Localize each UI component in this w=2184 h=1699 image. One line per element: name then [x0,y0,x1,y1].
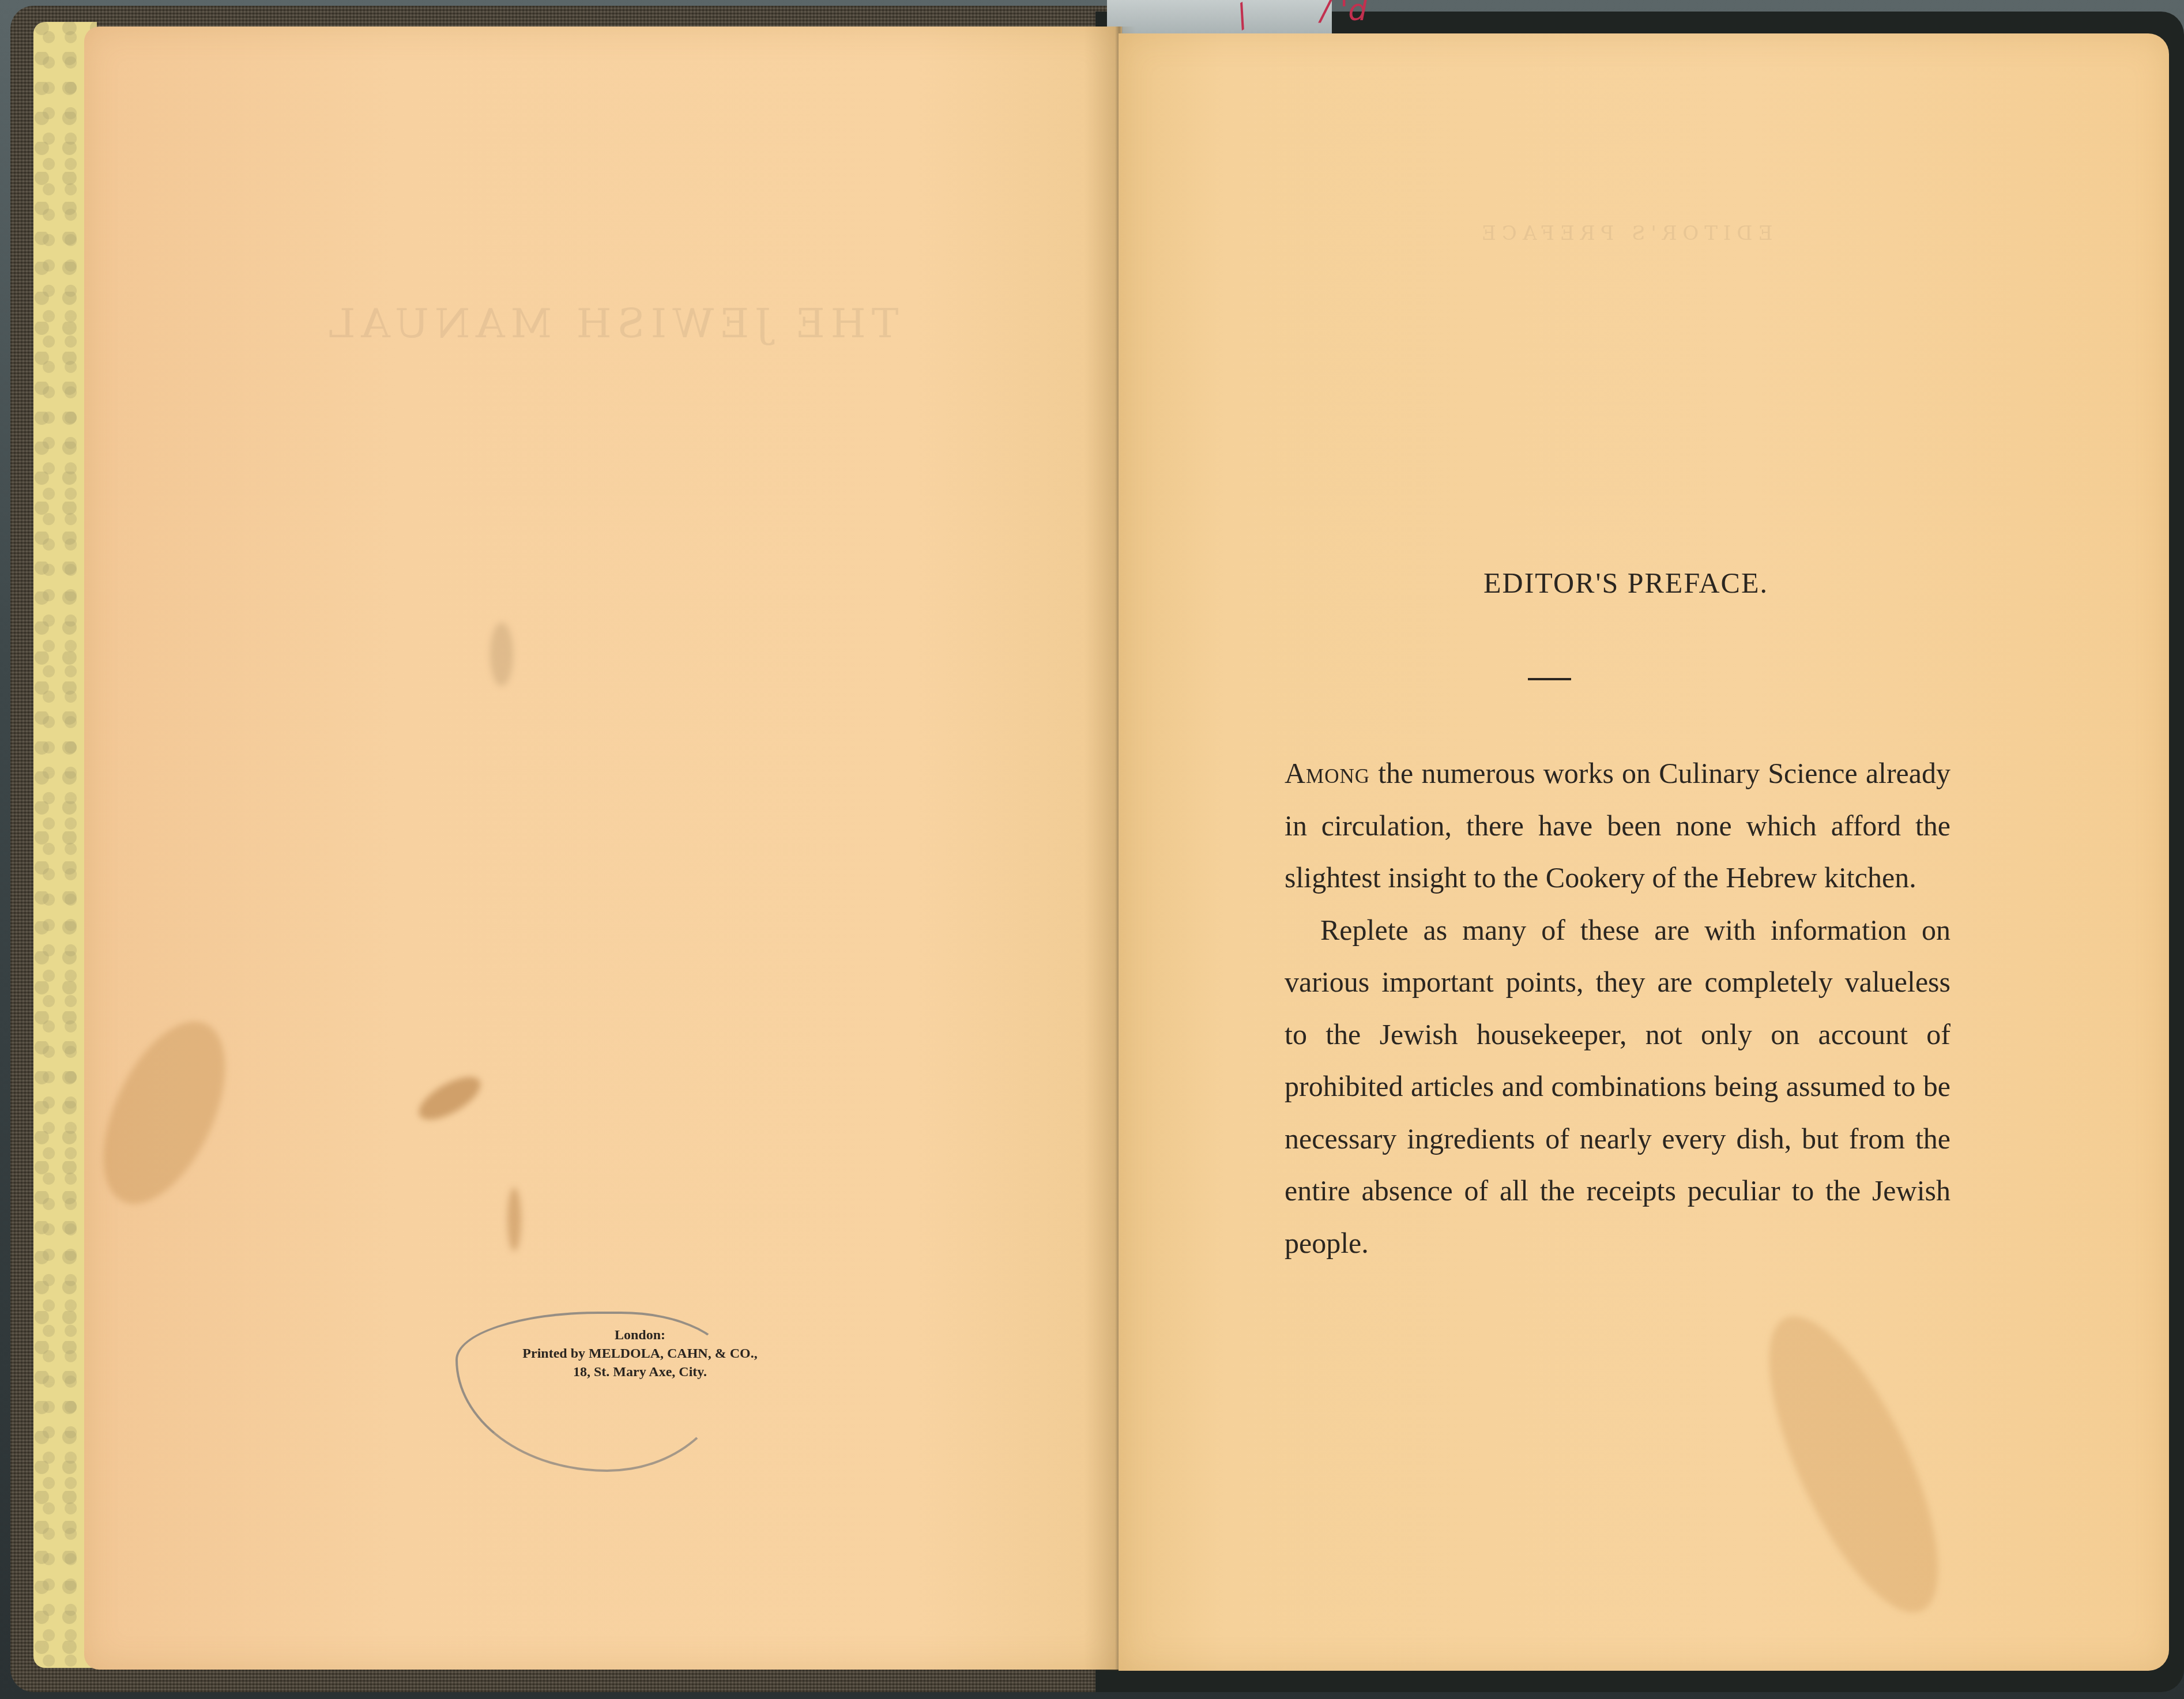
show-through-heading: EDITOR'S PREFACE [1476,222,1772,245]
red-marker-handwriting: / 'd [1320,0,1367,25]
paragraph-text: Replete as many of these are with inform… [1285,914,1950,1259]
foxing-stain [507,1188,521,1251]
page-title: EDITOR'S PREFACE. [1407,566,1845,600]
preface-body: Among the numerous works on Culinary Sci… [1285,747,1950,1269]
printer-imprint: London: Printed by MELDOLA, CAHN, & CO.,… [450,1326,830,1381]
paragraph-1: Among the numerous works on Culinary Sci… [1285,747,1950,904]
paragraph-lead-smallcaps: Among [1285,757,1370,789]
paragraph-2: Replete as many of these are with inform… [1285,904,1950,1269]
paragraph-text: the numerous works on Culinary Science a… [1285,757,1950,894]
title-rule-divider [1528,678,1571,680]
imprint-printer: Printed by MELDOLA, CAHN, & CO., [450,1344,830,1363]
catalog-label-strip [1107,0,1332,35]
imprint-address: 18, St. Mary Axe, City. [450,1363,830,1381]
show-through-title: THE JEWISH MANUAL [323,300,898,347]
imprint-city: London: [450,1326,830,1344]
foxing-stain [490,623,513,686]
